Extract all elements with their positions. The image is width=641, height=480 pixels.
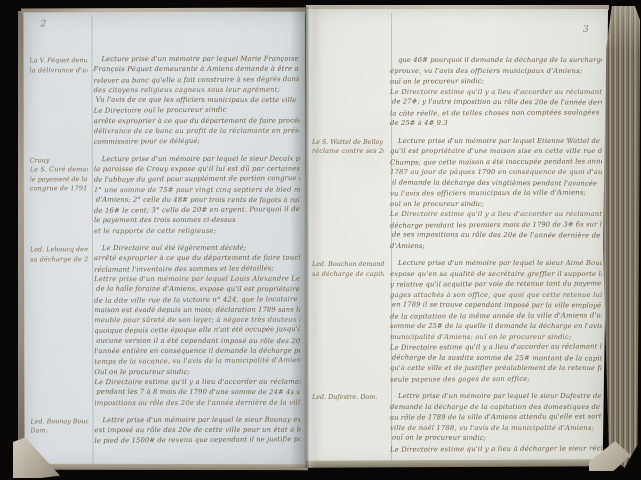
margin-note: La V. Péquet demandela délivrance d'un b… xyxy=(30,54,88,75)
margin-note: Le S. Wattel de Belloyréclame contre ses… xyxy=(312,136,384,157)
fore-edge xyxy=(603,6,640,468)
entry-body: Lettre prise d'un mémoire par lequel le … xyxy=(94,414,300,445)
page-right: 3 que 46# pourquoi il demande la décharg… xyxy=(306,9,608,466)
entry-body: Le Directoire ouï été légèrement décidé;… xyxy=(94,243,300,408)
register-entry: Led. Dufestre. Dom.Lettre prise d'un mém… xyxy=(312,391,602,454)
register-entry: que 46# pourquoi il demande la décharge … xyxy=(312,55,602,129)
entry-body: Lettre prise d'un mémoire par lequel le … xyxy=(390,391,602,454)
entry-body: Lecture prise d'un mémoire par lequel le… xyxy=(94,153,300,236)
margin-note: Led. Lehoucq demandesa décharge de 20. xyxy=(30,243,88,264)
page-number-left: 2 xyxy=(40,19,46,29)
margin-note xyxy=(312,55,384,57)
register-entry: Le S. Wattel de Belloyréclame contre ses… xyxy=(312,136,602,252)
page-number-right: 3 xyxy=(583,25,589,35)
register-entry: La V. Péquet demandela délivrance d'un b… xyxy=(30,54,300,147)
entry-body: Lecture prise d'un mémoire par lequel Et… xyxy=(390,136,602,252)
page-bottom-edge-left xyxy=(23,464,308,470)
margin-note: CrouyLe S. Curé demandele payement de la… xyxy=(30,154,88,195)
margin-note: Led. Bouchon demandesa décharge de capit… xyxy=(312,258,384,279)
page-left-content: La V. Péquet demandela délivrance d'un b… xyxy=(30,54,301,465)
entry-body: que 46# pourquoi il demande la décharge … xyxy=(390,55,602,129)
page-left: 2 La V. Péquet demandela délivrance d'un… xyxy=(23,12,306,469)
margin-note: Led. Bounay BoucherDam. xyxy=(30,415,88,436)
register-entry: CrouyLe S. Curé demandele payement de la… xyxy=(30,153,300,236)
register-entry: Led. Lehoucq demandesa décharge de 20.Le… xyxy=(30,243,300,408)
register-entry: Led. Bounay BoucherDam.Lettre prise d'un… xyxy=(30,414,300,446)
page-bottom-edge-right xyxy=(306,459,604,468)
entry-body: Lecture prise d'un mémoire par lequel Ma… xyxy=(94,54,300,147)
scanned-manuscript-spread: 2 La V. Péquet demandela délivrance d'un… xyxy=(0,0,641,480)
page-right-content: que 46# pourquoi il demande la décharge … xyxy=(312,55,602,462)
entry-body: Lecture prise d'un mémoire par lequel le… xyxy=(390,258,602,384)
register-entry: Led. Bouchon demandesa décharge de capit… xyxy=(312,258,602,384)
margin-note: Led. Dufestre. Dom. xyxy=(312,391,384,403)
